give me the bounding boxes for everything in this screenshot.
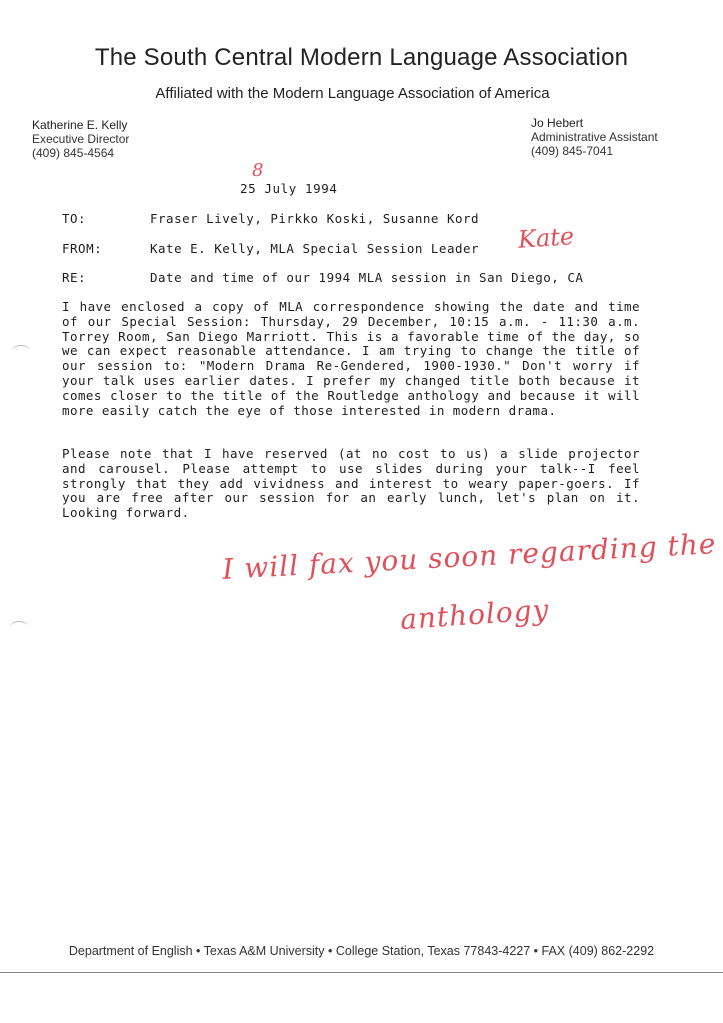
letterhead-footer: Department of English • Texas A&M Univer… (0, 944, 723, 958)
left-contact-block: Katherine E. Kelly Executive Director (4… (32, 118, 129, 160)
handwritten-note-line-1: I will fax you soon regarding the (221, 527, 717, 586)
body-paragraph-1: I have enclosed a copy of MLA correspond… (62, 300, 640, 418)
punch-hole-mark (10, 621, 28, 632)
from-label: FROM: (62, 241, 150, 256)
from-value: Kate E. Kelly, MLA Special Session Leade… (150, 241, 479, 256)
contact-phone: (409) 845-7041 (531, 144, 658, 158)
right-contact-block: Jo Hebert Administrative Assistant (409)… (531, 116, 658, 158)
handwritten-note-line-2: anthology (399, 593, 550, 636)
contact-name: Jo Hebert (531, 116, 658, 130)
body-paragraph-2: Please note that I have reserved (at no … (62, 447, 640, 521)
memo-date: 25 July 1994 (240, 181, 338, 196)
footer-divider (0, 972, 723, 973)
memo-from-row: FROM:Kate E. Kelly, MLA Special Session … (62, 241, 479, 256)
to-value: Fraser Lively, Pirkko Koski, Susanne Kor… (150, 211, 479, 226)
organization-title: The South Central Modern Language Associ… (0, 44, 723, 72)
contact-name: Katherine E. Kelly (32, 118, 129, 132)
contact-role: Executive Director (32, 132, 129, 146)
handwritten-signature: Kate (517, 222, 575, 254)
contact-phone: (409) 845-4564 (32, 146, 129, 160)
memo-to-row: TO:Fraser Lively, Pirkko Koski, Susanne … (62, 211, 479, 226)
re-value: Date and time of our 1994 MLA session in… (150, 270, 583, 285)
punch-hole-mark (12, 345, 30, 356)
to-label: TO: (62, 211, 150, 226)
contact-role: Administrative Assistant (531, 130, 658, 144)
re-label: RE: (62, 270, 150, 285)
memo-re-row: RE:Date and time of our 1994 MLA session… (62, 270, 583, 285)
organization-subtitle: Affiliated with the Modern Language Asso… (0, 85, 705, 102)
handwritten-date-correction: 8 (252, 160, 263, 181)
